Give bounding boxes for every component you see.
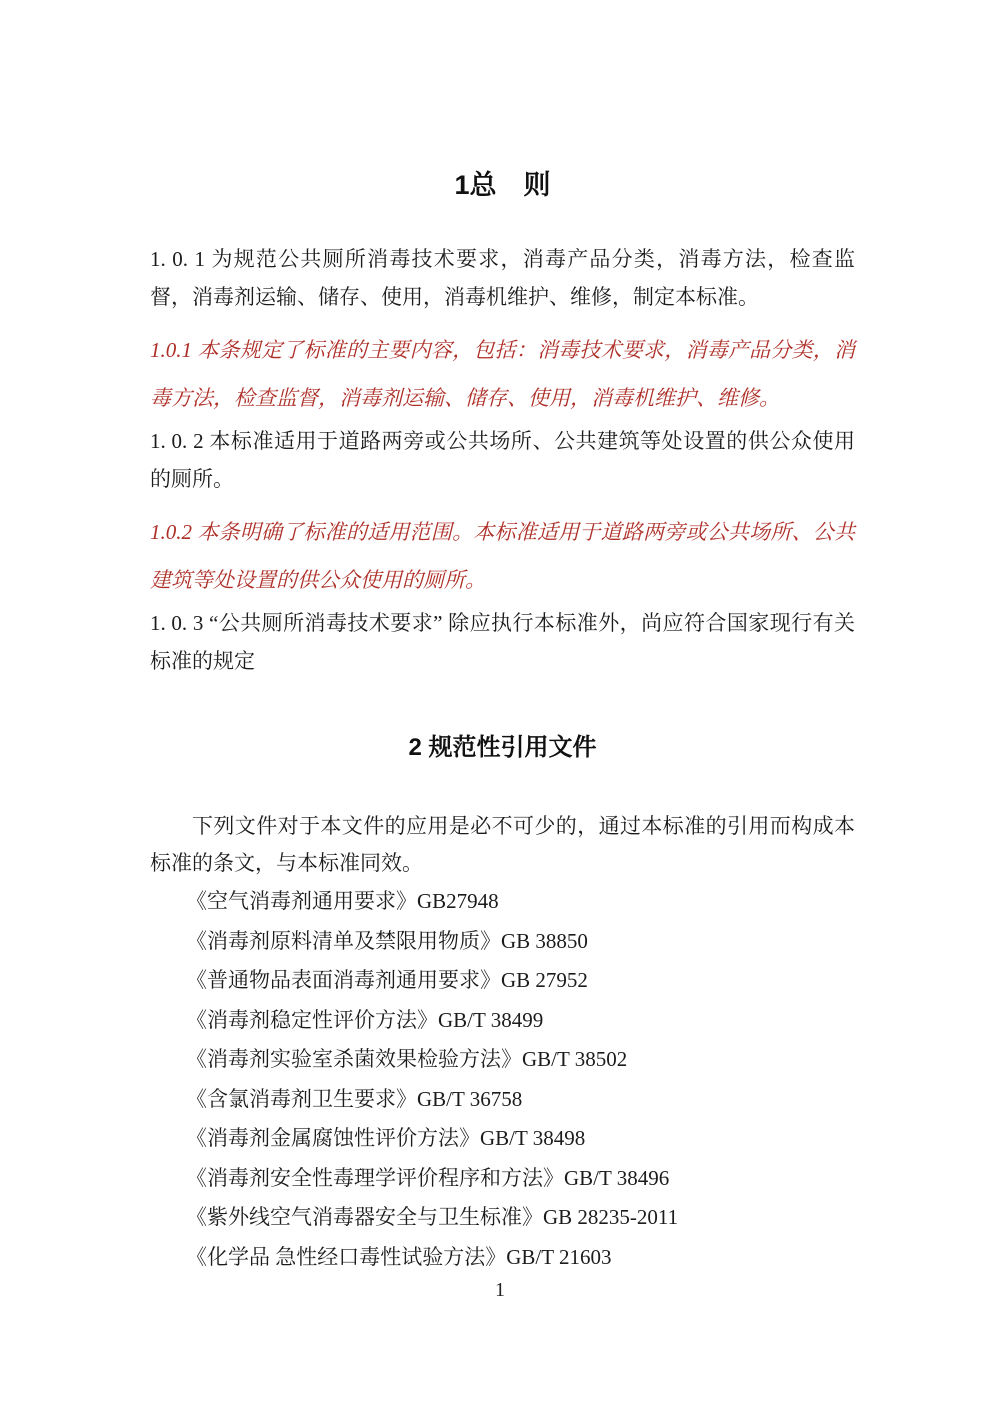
commentary-1-0-2: 1.0.2 本条明确了标准的适用范围。本标准适用于道路两旁或公共场所、公共建筑等… <box>150 508 855 604</box>
commentary-1-0-1: 1.0.1 本条规定了标准的主要内容，包括：消毒技术要求，消毒产品分类，消毒方法… <box>150 326 855 422</box>
reference-list: 《空气消毒剂通用要求》GB27948 《消毒剂原料清单及禁限用物质》GB 388… <box>186 882 855 1277</box>
reference-item: 《消毒剂金属腐蚀性评价方法》GB/T 38498 <box>186 1119 855 1159</box>
section-2-intro: 下列文件对于本文件的应用是必不可少的，通过本标准的引用而构成本标准的条文，与本标… <box>150 808 855 882</box>
reference-item: 《消毒剂实验室杀菌效果检验方法》GB/T 38502 <box>186 1040 855 1080</box>
reference-item: 《消毒剂安全性毒理学评价程序和方法》GB/T 38496 <box>186 1159 855 1199</box>
reference-item: 《消毒剂稳定性评价方法》GB/T 38499 <box>186 1001 855 1041</box>
page-number: 1 <box>0 1278 1000 1302</box>
page-content: 1总 则 1. 0. 1 为规范公共厕所消毒技术要求，消毒产品分类，消毒方法，检… <box>0 0 1000 1277</box>
reference-item: 《化学品 急性经口毒性试验方法》GB/T 21603 <box>186 1238 855 1278</box>
reference-item: 《含氯消毒剂卫生要求》GB/T 36758 <box>186 1080 855 1120</box>
clause-1-0-3: 1. 0. 3 “公共厕所消毒技术要求” 除应执行本标准外，尚应符合国家现行有关… <box>150 604 855 680</box>
reference-item: 《空气消毒剂通用要求》GB27948 <box>186 882 855 922</box>
reference-item: 《普通物品表面消毒剂通用要求》GB 27952 <box>186 961 855 1001</box>
document-page: 1总 则 1. 0. 1 为规范公共厕所消毒技术要求，消毒产品分类，消毒方法，检… <box>0 0 1000 1413</box>
clause-1-0-2: 1. 0. 2 本标准适用于道路两旁或公共场所、公共建筑等处设置的供公众使用的厕… <box>150 422 855 498</box>
section-1-heading: 1总 则 <box>150 165 855 205</box>
reference-item: 《消毒剂原料清单及禁限用物质》GB 38850 <box>186 922 855 962</box>
clause-1-0-1: 1. 0. 1 为规范公共厕所消毒技术要求，消毒产品分类，消毒方法，检查监督，消… <box>150 240 855 316</box>
reference-item: 《紫外线空气消毒器安全与卫生标准》GB 28235-2011 <box>186 1198 855 1238</box>
section-2-heading: 2 规范性引用文件 <box>150 730 855 766</box>
